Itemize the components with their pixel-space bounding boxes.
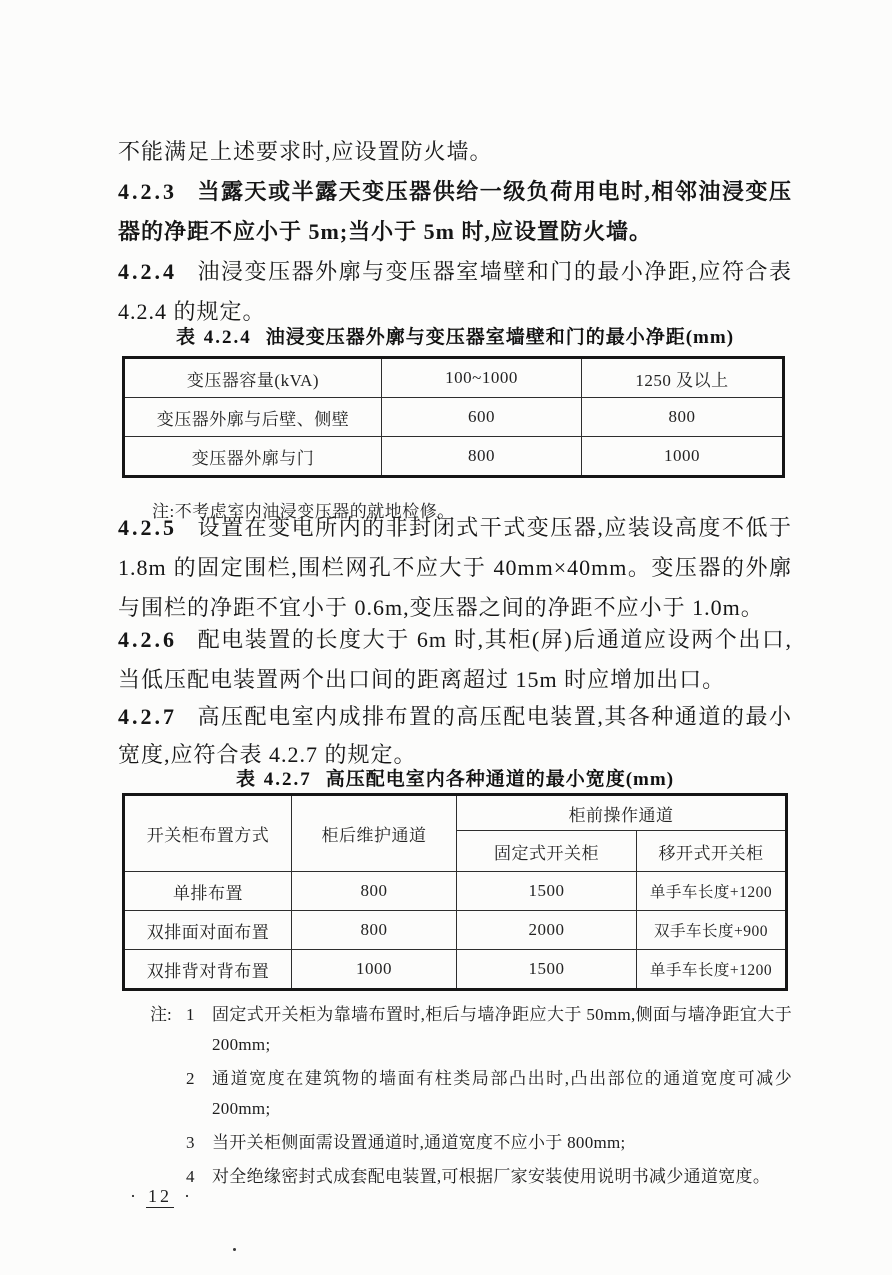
- note-item-2: 2 通道宽度在建筑物的墙面有柱类局部凸出时,凸出部位的通道宽度可减少 200mm…: [150, 1064, 792, 1124]
- table-424-header-capacity: 变压器容量(kVA): [124, 358, 382, 398]
- table-427-header-withdrawable-cabinet: 移开式开关柜: [637, 831, 787, 872]
- table-427-cell: 双手车长度+900: [637, 911, 787, 950]
- clause-4-2-7-number: 4.2.7: [118, 704, 177, 729]
- note-text: 通道宽度在建筑物的墙面有柱类局部凸出时,凸出部位的通道宽度可减少 200mm;: [212, 1064, 792, 1124]
- table-424-title-number: 表 4.2.4: [176, 327, 252, 348]
- table-424-cell: 600: [382, 398, 582, 437]
- clause-4-2-5-text: 设置在变电所内的非封闭式干式变压器,应装设高度不低于 1.8m 的固定围栏,围栏…: [118, 515, 792, 620]
- clause-4-2-3: 4.2.3当露天或半露天变压器供给一级负荷用电时,相邻油浸变压器的净距不应小于 …: [118, 172, 792, 252]
- table-427-cell: 1500: [457, 950, 637, 990]
- note-text: 对全绝缘密封式成套配电装置,可根据厂家安装使用说明书减少通道宽度。: [212, 1162, 792, 1192]
- table-427-header-front-aisle-group: 柜前操作通道: [457, 795, 787, 831]
- table-424-cell: 800: [382, 437, 582, 477]
- table-row: 变压器容量(kVA) 100~1000 1250 及以上: [124, 358, 784, 398]
- note-item-4: 4 对全绝缘密封式成套配电装置,可根据厂家安装使用说明书减少通道宽度。: [150, 1162, 792, 1192]
- table-427: 开关柜布置方式 柜后维护通道 柜前操作通道 固定式开关柜 移开式开关柜 单排布置…: [122, 793, 788, 991]
- page-number-right-dot: ·: [184, 1186, 190, 1207]
- notes-label: 注:: [150, 1000, 186, 1060]
- table-424-cell: 1000: [582, 437, 784, 477]
- table-424-title: 表 4.2.4油浸变压器外廓与变压器室墙壁和门的最小净距(mm): [118, 322, 792, 349]
- clause-4-2-7: 4.2.7高压配电室内成排布置的高压配电装置,其各种通道的最小宽度,应符合表 4…: [118, 698, 792, 774]
- clause-4-2-3-number: 4.2.3: [118, 179, 177, 204]
- note-number: 3: [186, 1128, 212, 1158]
- table-424-header-range1: 100~1000: [382, 358, 582, 398]
- clause-4-2-3-text: 当露天或半露天变压器供给一级负荷用电时,相邻油浸变压器的净距不应小于 5m;当小…: [118, 179, 792, 244]
- table-427-title-text: 高压配电室内各种通道的最小宽度(mm): [326, 769, 674, 790]
- table-row: 变压器外廓与后壁、侧壁 600 800: [124, 398, 784, 437]
- table-427-notes: 注: 1 固定式开关柜为靠墙布置时,柜后与墙净距应大于 50mm,侧面与墙净距宜…: [150, 1000, 792, 1196]
- table-427-cell: 2000: [457, 911, 637, 950]
- scan-artifact-dot: [233, 1248, 236, 1251]
- table-427-cell: 单手车长度+1200: [637, 872, 787, 911]
- table-424-cell: 800: [582, 398, 784, 437]
- clause-4-2-6-number: 4.2.6: [118, 627, 177, 652]
- clause-4-2-4: 4.2.4油浸变压器外廓与变压器室墙壁和门的最小净距,应符合表 4.2.4 的规…: [118, 252, 792, 332]
- table-427-title: 表 4.2.7高压配电室内各种通道的最小宽度(mm): [118, 764, 792, 791]
- paragraph-intro: 不能满足上述要求时,应设置防火墙。: [118, 132, 792, 172]
- page-number-value: 12: [146, 1186, 174, 1208]
- table-427-header-layout: 开关柜布置方式: [124, 795, 292, 872]
- notes-label-spacer: [150, 1128, 186, 1158]
- table-427-cell: 800: [292, 872, 457, 911]
- table-row: 开关柜布置方式 柜后维护通道 柜前操作通道: [124, 795, 787, 831]
- note-item-3: 3 当开关柜侧面需设置通道时,通道宽度不应小于 800mm;: [150, 1128, 792, 1158]
- table-424-header-range2: 1250 及以上: [582, 358, 784, 398]
- clause-4-2-5-number: 4.2.5: [118, 515, 177, 540]
- table-424-title-text: 油浸变压器外廓与变压器室墙壁和门的最小净距(mm): [266, 327, 734, 348]
- notes-label-spacer: [150, 1064, 186, 1124]
- table-427-header-rear-aisle: 柜后维护通道: [292, 795, 457, 872]
- page-number: · 12 ·: [130, 1186, 190, 1208]
- table-424-cell: 变压器外廓与门: [124, 437, 382, 477]
- table-427-cell: 800: [292, 911, 457, 950]
- note-text: 固定式开关柜为靠墙布置时,柜后与墙净距应大于 50mm,侧面与墙净距宜大于 20…: [212, 1000, 792, 1060]
- note-number: 2: [186, 1064, 212, 1124]
- document-page: 不能满足上述要求时,应设置防火墙。 4.2.3当露天或半露天变压器供给一级负荷用…: [0, 0, 892, 1275]
- clause-4-2-6-text: 配电装置的长度大于 6m 时,其柜(屏)后通道应设两个出口,当低压配电装置两个出…: [118, 627, 792, 692]
- note-item-1: 注: 1 固定式开关柜为靠墙布置时,柜后与墙净距应大于 50mm,侧面与墙净距宜…: [150, 1000, 792, 1060]
- table-row: 单排布置 800 1500 单手车长度+1200: [124, 872, 787, 911]
- table-424-cell: 变压器外廓与后壁、侧壁: [124, 398, 382, 437]
- table-427-cell: 单排布置: [124, 872, 292, 911]
- table-row: 双排面对面布置 800 2000 双手车长度+900: [124, 911, 787, 950]
- table-row: 变压器外廓与门 800 1000: [124, 437, 784, 477]
- clause-4-2-4-text: 油浸变压器外廓与变压器室墙壁和门的最小净距,应符合表 4.2.4 的规定。: [118, 259, 792, 324]
- table-427-cell: 双排面对面布置: [124, 911, 292, 950]
- table-row: 双排背对背布置 1000 1500 单手车长度+1200: [124, 950, 787, 990]
- table-427-header-fixed-cabinet: 固定式开关柜: [457, 831, 637, 872]
- note-text: 当开关柜侧面需设置通道时,通道宽度不应小于 800mm;: [212, 1128, 792, 1158]
- table-427-cell: 1500: [457, 872, 637, 911]
- note-number: 1: [186, 1000, 212, 1060]
- table-427-cell: 双排背对背布置: [124, 950, 292, 990]
- clause-4-2-5: 4.2.5设置在变电所内的非封闭式干式变压器,应装设高度不低于 1.8m 的固定…: [118, 508, 792, 628]
- page-number-left-dot: ·: [130, 1186, 136, 1207]
- clause-4-2-6: 4.2.6配电装置的长度大于 6m 时,其柜(屏)后通道应设两个出口,当低压配电…: [118, 620, 792, 700]
- table-427-cell: 单手车长度+1200: [637, 950, 787, 990]
- clause-4-2-4-number: 4.2.4: [118, 259, 177, 284]
- table-427-title-number: 表 4.2.7: [236, 769, 312, 790]
- clause-4-2-7-text: 高压配电室内成排布置的高压配电装置,其各种通道的最小宽度,应符合表 4.2.7 …: [118, 704, 792, 767]
- table-424: 变压器容量(kVA) 100~1000 1250 及以上 变压器外廓与后壁、侧壁…: [122, 356, 785, 478]
- table-427-cell: 1000: [292, 950, 457, 990]
